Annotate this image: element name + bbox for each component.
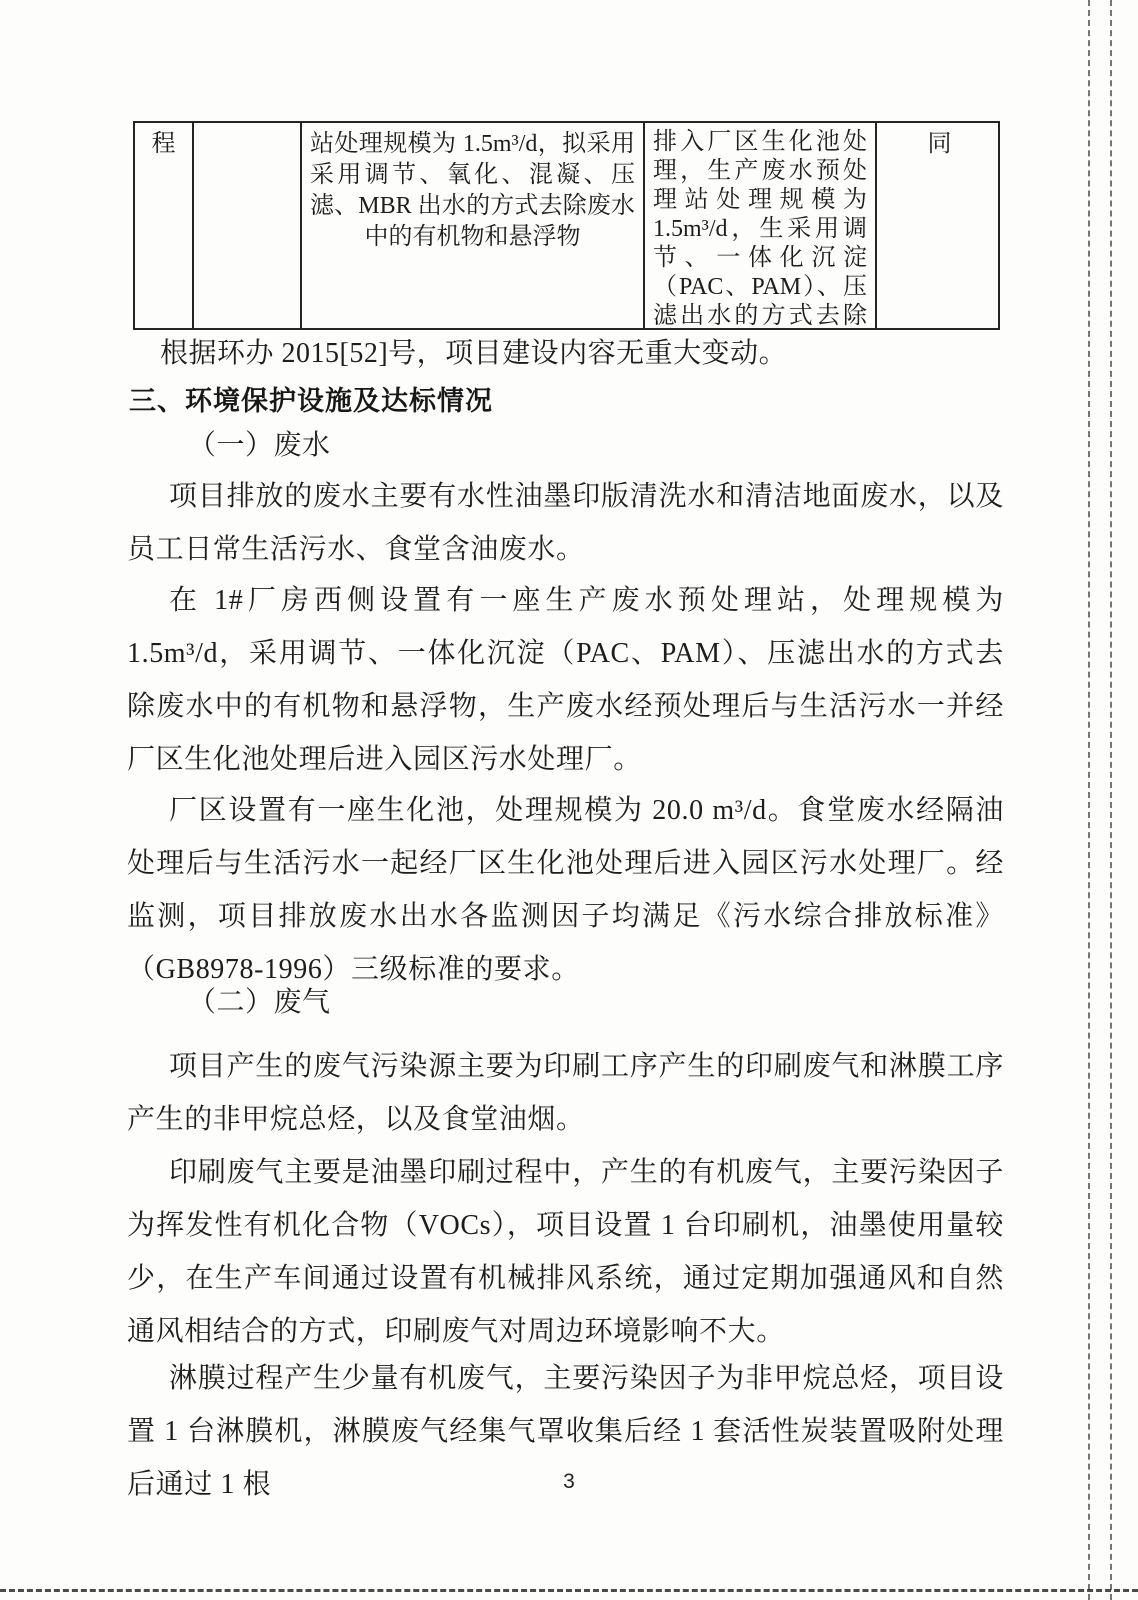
table-cell-col4: 排入厂区生化池处理，生产废水预处理站处理规模为 1.5m³/d，生采用调节、一体… <box>643 123 875 328</box>
scan-artifact-vertical-line-1 <box>1088 0 1090 1600</box>
para-wastewater-1: 项目排放的废水主要有水性油墨印版清洗水和清洁地面废水，以及员工日常生活污水、食堂… <box>127 470 1004 576</box>
para-gas-1: 项目产生的废气污染源主要为印刷工序产生的印刷废气和淋膜工序产生的非甲烷总烃，以及… <box>127 1040 1004 1146</box>
para-wastewater-2: 在 1#厂房西侧设置有一座生产废水预处理站，处理规模为 1.5m³/d，采用调节… <box>127 574 1004 786</box>
para-gas-2: 印刷废气主要是油墨印刷过程中，产生的有机废气，主要污染因子为挥发性有机化合物（V… <box>127 1146 1004 1358</box>
section3-heading: 三、环境保护设施及达标情况 <box>129 384 493 418</box>
table-cell-col3: 站处理规模为 1.5m³/d，拟采用采用调节、氧化、混凝、压滤、MBR 出水的方… <box>300 123 643 328</box>
sub2-heading: （二）废气 <box>188 985 331 1021</box>
para-wastewater-3: 厂区设置有一座生化池，处理规模为 20.0 m³/d。食堂废水经隔油处理后与生活… <box>127 784 1004 996</box>
table-cell-col1: 程 <box>135 123 192 328</box>
scan-artifact-vertical-line-2 <box>1110 0 1112 1600</box>
sub1-heading: （一）废水 <box>188 428 331 464</box>
scanned-document-page: 程 站处理规模为 1.5m³/d，拟采用采用调节、氧化、混凝、压滤、MBR 出水… <box>0 0 1138 1600</box>
page-number: 3 <box>0 1470 1138 1494</box>
conclusion-line: 根据环办 2015[52]号，项目建设内容无重大变动。 <box>160 336 787 372</box>
table-cell-col5: 同 <box>875 123 1002 328</box>
scan-artifact-bottom-line <box>0 1589 1138 1592</box>
continuation-table: 程 站处理规模为 1.5m³/d，拟采用采用调节、氧化、混凝、压滤、MBR 出水… <box>133 121 1000 330</box>
table-cell-col2 <box>192 123 300 328</box>
